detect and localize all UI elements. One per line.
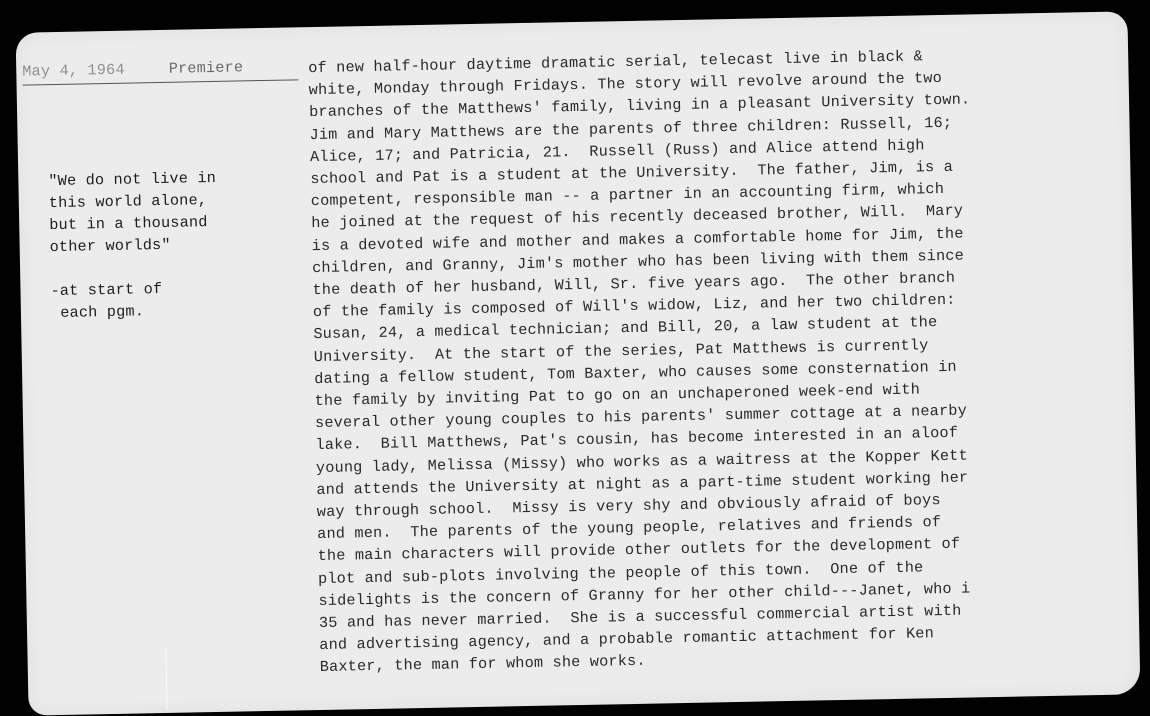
sidebar-quote: "We do not live in this world alone, but… (48, 167, 219, 324)
entry-label: Premiere (169, 58, 244, 77)
header-underline (23, 79, 299, 85)
note-line: -at start of (50, 277, 218, 302)
quote-line: this world alone, (49, 189, 217, 214)
index-card: May 4, 1964Premiere of new half-hour day… (16, 11, 1141, 715)
card-header: May 4, 1964Premiere (22, 58, 243, 80)
note-line: each pgm. (51, 299, 219, 324)
spacer (50, 255, 218, 280)
card-crease (165, 650, 167, 710)
card-body-text: of new half-hour daytime dramatic serial… (308, 41, 1140, 678)
entry-date: May 4, 1964 (22, 61, 125, 81)
quote-line: other worlds" (49, 233, 217, 258)
quote-line: "We do not live in (48, 167, 216, 192)
quote-line: but in a thousand (49, 211, 217, 236)
